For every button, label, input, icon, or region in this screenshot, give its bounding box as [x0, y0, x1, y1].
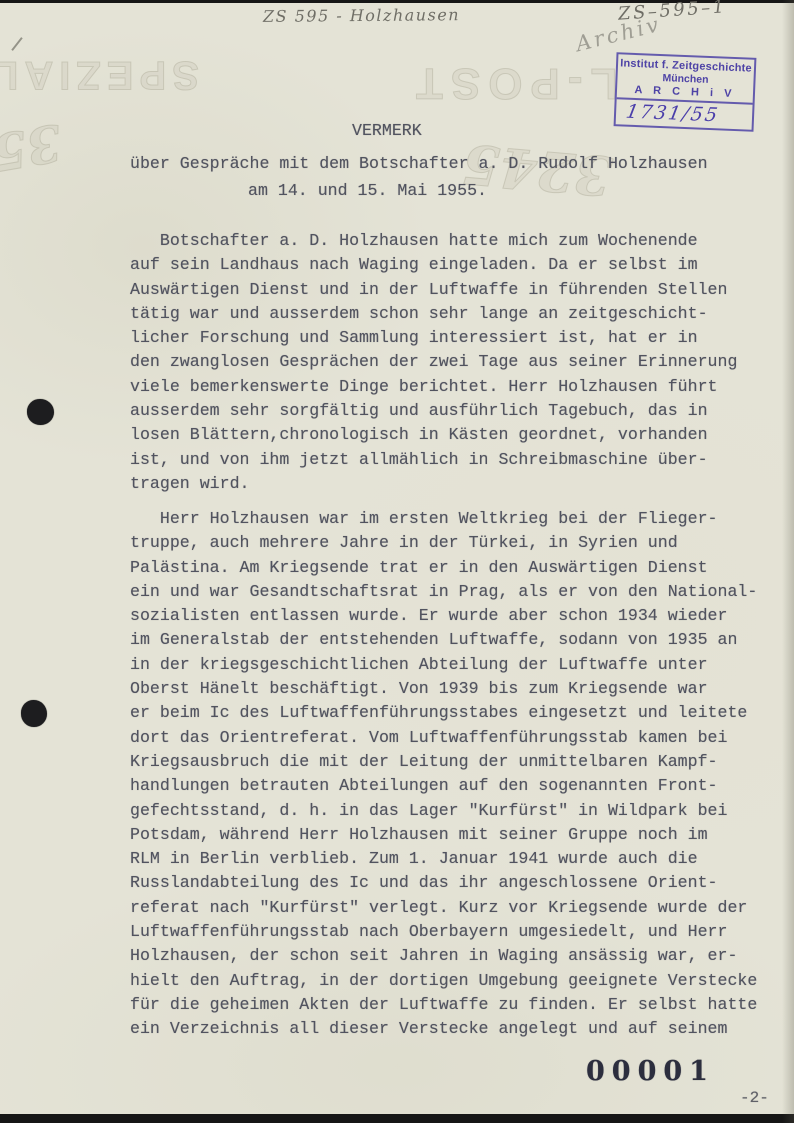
punch-hole-bottom — [21, 700, 47, 727]
ghost-script-left: 35 — [0, 112, 66, 182]
archive-stamp: Institut f. Zeitgeschichte München A R C… — [614, 52, 757, 132]
scan-edge-right-shadow — [782, 0, 794, 1123]
pencil-stray-mark — [11, 37, 22, 51]
ghost-text-spezial: SPEZIAL — [0, 52, 199, 97]
body-paragraph-2: Herr Holzhausen war im ersten Weltkrieg … — [130, 507, 757, 1042]
document-subtitle-line1: über Gespräche mit dem Botschafter a. D.… — [130, 152, 708, 176]
punch-hole-top — [27, 399, 54, 425]
ghost-text-post: L-POST — [408, 58, 617, 108]
annotation-signature-top-center: ZS 595 - Holzhausen — [263, 5, 460, 26]
document-subtitle-line2: am 14. und 15. Mai 1955. — [248, 179, 487, 203]
scanned-document-page: SPEZIAL L-POST 35 3245 ZS 595 - Holzhaus… — [0, 0, 794, 1123]
stamp-accession-number: 1731/55 — [614, 100, 754, 127]
body-paragraph-1: Botschafter a. D. Holzhausen hatte mich … — [130, 229, 737, 496]
page-number: -2- — [740, 1086, 769, 1110]
scan-edge-bottom — [0, 1114, 794, 1123]
document-title: VERMERK — [352, 119, 422, 143]
folio-number-stamp: 00001 — [586, 1056, 715, 1087]
